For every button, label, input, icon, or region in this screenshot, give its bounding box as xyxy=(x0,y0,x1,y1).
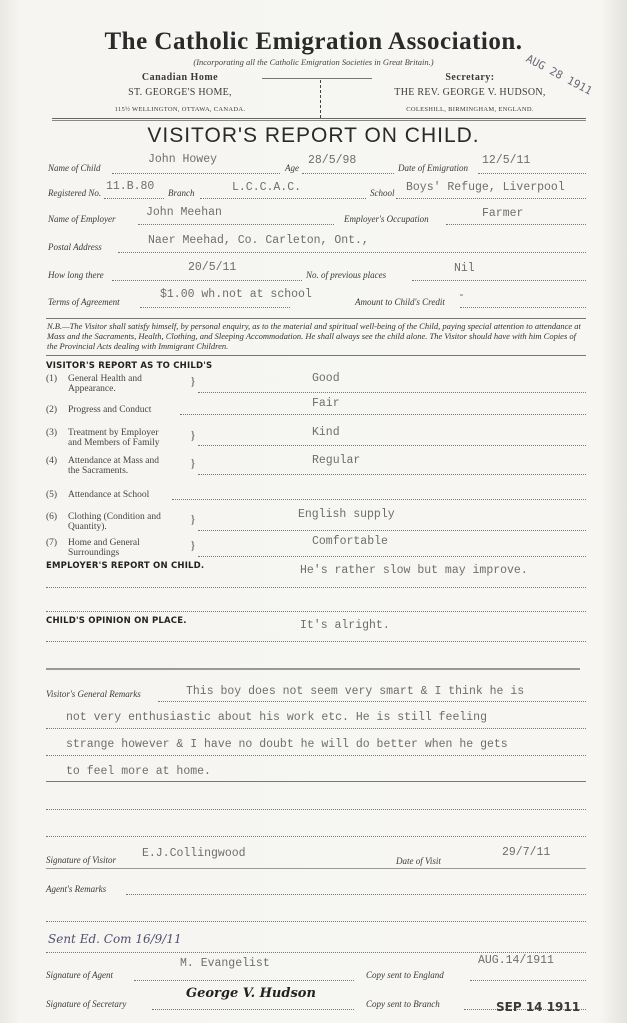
secretary-address: COLESHILL, BIRMINGHAM, ENGLAND. xyxy=(350,106,590,113)
canadian-home-address: 115½ WELLINGTON, OTTAWA, CANADA. xyxy=(80,106,280,113)
label-secretary-signature: Signature of Secretary xyxy=(46,999,126,1009)
brace-icon: } xyxy=(190,428,196,443)
item-number: (1) xyxy=(46,374,57,384)
value-date-of-emigration: 12/5/11 xyxy=(482,154,530,167)
label-branch: Branch xyxy=(168,188,195,198)
value-name-of-child: John Howey xyxy=(148,153,217,166)
value-secretary-signature: George V. Hudson xyxy=(186,986,316,1001)
remarks-line-2: not very enthusiastic about his work etc… xyxy=(66,711,487,724)
signature-rule xyxy=(46,868,586,869)
value-how-long-there: 20/5/11 xyxy=(188,261,236,274)
dotted-line xyxy=(126,894,586,895)
value-postal-address: Naer Meehad, Co. Carleton, Ont., xyxy=(148,234,369,247)
remarks-line-1: This boy does not seem very smart & I th… xyxy=(186,685,524,698)
remarks-rule xyxy=(46,781,586,782)
item-label-line1: Treatment by Employer xyxy=(68,428,158,438)
value-school: Boys' Refuge, Liverpool xyxy=(406,181,565,194)
report-item-health: (1) General Health and Appearance. xyxy=(46,374,57,384)
item-label-line1: General Health and xyxy=(68,374,142,384)
label-age: Age xyxy=(285,163,299,173)
report-item-home: (7) Home and General Surroundings xyxy=(46,538,57,548)
label-copy-sent-england: Copy sent to England xyxy=(366,970,444,980)
item-label: Clothing (Condition and Quantity). xyxy=(68,512,228,532)
dotted-line xyxy=(396,198,586,199)
nb-instructions: N.B.—The Visitor shall satisfy himself, … xyxy=(47,321,587,351)
brace-icon: } xyxy=(190,538,196,553)
document-title: VISITOR'S REPORT ON CHILD. xyxy=(0,124,627,148)
canadian-home-heading: Canadian Home xyxy=(80,72,280,83)
value-branch: L.C.C.A.C. xyxy=(232,181,301,194)
dotted-line xyxy=(46,952,586,953)
label-registered-no: Registered No. xyxy=(48,188,101,198)
dotted-line xyxy=(478,173,586,174)
item-label-line1: Attendance at Mass and xyxy=(68,456,159,466)
label-terms-of-agreement: Terms of Agreement xyxy=(48,297,120,307)
dotted-line xyxy=(470,980,586,981)
item-number: (5) xyxy=(46,490,57,500)
dotted-line xyxy=(460,307,586,308)
remarks-line-4: to feel more at home. xyxy=(66,765,211,778)
item-number: (7) xyxy=(46,538,57,548)
value-home: Comfortable xyxy=(312,535,388,548)
value-previous-places: Nil xyxy=(454,262,475,275)
dotted-line xyxy=(198,556,586,557)
value-registered-no: 11.B.80 xyxy=(106,180,154,193)
label-general-remarks: Visitor's General Remarks xyxy=(46,689,141,699)
dotted-line xyxy=(198,445,586,446)
item-label-line2: the Sacraments. xyxy=(68,466,128,476)
value-amount-to-credit: - xyxy=(458,289,465,302)
value-copy-sent-england: AUG.14/1911 xyxy=(478,954,554,967)
dotted-line xyxy=(200,198,366,199)
label-date-of-emigration: Date of Emigration xyxy=(398,163,468,173)
dotted-line xyxy=(46,728,586,729)
dotted-line xyxy=(46,611,586,612)
canadian-home-block: Canadian Home ST. GEORGE'S HOME, 115½ WE… xyxy=(80,72,280,113)
organization-title: The Catholic Emigration Association. xyxy=(0,28,627,56)
remarks-line-3: strange however & I have no doubt he wil… xyxy=(66,738,508,751)
item-number: (4) xyxy=(46,456,57,466)
label-how-long-there: How long there xyxy=(48,270,104,280)
item-label: General Health and Appearance. xyxy=(68,374,208,394)
label-visitor-signature: Signature of Visitor xyxy=(46,855,116,865)
section-rule xyxy=(46,668,580,670)
dotted-line xyxy=(302,173,394,174)
label-previous-places: No. of previous places xyxy=(306,270,386,280)
report-item-treatment: (3) Treatment by Employer and Members of… xyxy=(46,428,57,438)
nb-bottom-rule xyxy=(46,355,586,356)
value-child-opinion: It's alright. xyxy=(300,619,390,632)
report-item-progress: (2) Progress and Conduct xyxy=(46,405,57,415)
value-employer: John Meehan xyxy=(146,206,222,219)
brace-icon: } xyxy=(190,374,196,389)
item-number: (6) xyxy=(46,512,57,522)
label-agent-signature: Signature of Agent xyxy=(46,970,113,980)
label-date-of-visit: Date of Visit xyxy=(396,856,441,866)
item-label-line1: Clothing (Condition and xyxy=(68,512,161,522)
value-clothing: English supply xyxy=(298,508,395,521)
dotted-line xyxy=(46,587,586,588)
value-progress: Fair xyxy=(312,397,340,410)
label-employer-occupation: Employer's Occupation xyxy=(344,214,429,224)
item-label-line2: Appearance. xyxy=(68,384,116,394)
report-item-school-attendance: (5) Attendance at School xyxy=(46,490,57,500)
value-age: 28/5/98 xyxy=(308,154,356,167)
value-agent-signature: M. Evangelist xyxy=(180,957,270,970)
label-employer: Name of Employer xyxy=(48,214,116,224)
header-rule xyxy=(52,118,586,121)
branch-date-stamp: SEP 14 1911 xyxy=(496,1000,580,1014)
dotted-line xyxy=(198,392,586,393)
canadian-home-name: ST. GEORGE'S HOME, xyxy=(80,87,280,98)
dotted-line xyxy=(46,836,586,837)
dotted-line xyxy=(134,980,354,981)
value-health: Good xyxy=(312,372,340,385)
label-name-of-child: Name of Child xyxy=(48,163,101,173)
item-label-line1: Home and General xyxy=(68,538,140,548)
dotted-line xyxy=(112,280,302,281)
label-school: School xyxy=(370,188,395,198)
visitor-report-heading: VISITOR'S REPORT AS TO CHILD'S xyxy=(46,361,212,371)
dotted-line xyxy=(198,530,586,531)
item-number: (2) xyxy=(46,405,57,415)
dotted-line xyxy=(138,224,334,225)
brace-icon: } xyxy=(190,512,196,527)
item-label-line2: Surroundings xyxy=(68,548,119,558)
dotted-line xyxy=(46,755,586,756)
dotted-line xyxy=(46,641,586,642)
dotted-line xyxy=(412,280,586,281)
item-label: Home and General Surroundings xyxy=(68,538,228,558)
dotted-line xyxy=(46,921,586,922)
dotted-line xyxy=(172,499,586,500)
label-amount-to-credit: Amount to Child's Credit xyxy=(355,297,445,307)
item-number: (3) xyxy=(46,428,57,438)
value-mass-attendance: Regular xyxy=(312,454,360,467)
value-employer-occupation: Farmer xyxy=(482,207,523,220)
child-opinion-heading: CHILD'S OPINION ON PLACE. xyxy=(46,616,187,626)
value-terms-of-agreement: $1.00 wh.not at school xyxy=(160,288,312,301)
item-label-line2: Quantity). xyxy=(68,522,107,532)
value-employer-report: He's rather slow but may improve. xyxy=(300,564,528,577)
value-date-of-visit: 29/7/11 xyxy=(502,846,550,859)
dotted-line xyxy=(158,701,586,702)
label-postal-address: Postal Address xyxy=(48,242,102,252)
header-divider xyxy=(320,80,321,118)
dotted-line xyxy=(46,809,586,810)
dotted-line xyxy=(104,198,164,199)
nb-top-rule xyxy=(46,318,586,319)
report-item-mass-attendance: (4) Attendance at Mass and the Sacrament… xyxy=(46,456,57,466)
item-label: Progress and Conduct xyxy=(68,405,151,415)
dotted-line xyxy=(112,173,280,174)
dotted-line xyxy=(140,307,290,308)
document-page: The Catholic Emigration Association. (In… xyxy=(0,0,627,1023)
item-label: Attendance at Mass and the Sacraments. xyxy=(68,456,228,476)
item-label-line2: and Members of Family xyxy=(68,438,160,448)
dotted-line xyxy=(198,474,586,475)
secretary-name: THE REV. GEORGE V. HUDSON, xyxy=(350,87,590,98)
item-label: Attendance at School xyxy=(68,490,149,500)
value-visitor-signature: E.J.Collingwood xyxy=(142,847,246,860)
value-treatment: Kind xyxy=(312,426,340,439)
handwritten-note: Sent Ed. Com 16/9/11 xyxy=(48,932,182,946)
employer-report-heading: EMPLOYER'S REPORT ON CHILD. xyxy=(46,561,204,571)
brace-icon: } xyxy=(190,456,196,471)
label-copy-sent-branch: Copy sent to Branch xyxy=(366,999,440,1009)
dotted-line xyxy=(118,252,586,253)
report-item-clothing: (6) Clothing (Condition and Quantity). xyxy=(46,512,57,522)
label-agents-remarks: Agent's Remarks xyxy=(46,884,106,894)
dotted-line xyxy=(180,414,586,415)
dotted-line xyxy=(446,224,586,225)
dotted-line xyxy=(152,1009,354,1010)
